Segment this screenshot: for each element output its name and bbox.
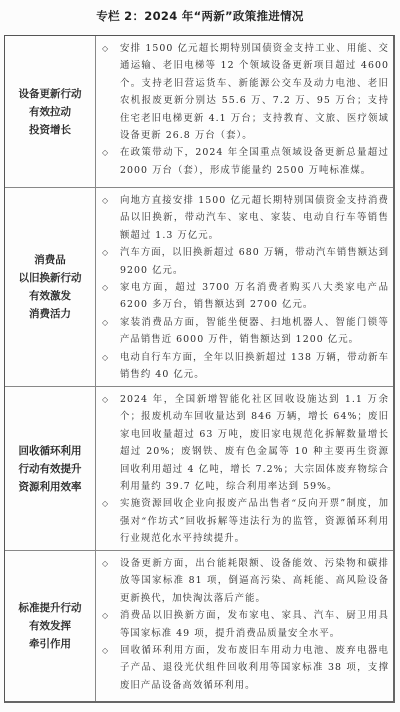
diamond-bullet-icon: ◇ xyxy=(100,495,120,547)
row-label-line: 投资增长 xyxy=(19,121,82,139)
row-label-line: 有效拉动 xyxy=(19,103,82,121)
diamond-bullet-icon: ◇ xyxy=(100,244,120,279)
item-text: 实施资源回收企业向报废产品出售者“反向开票”制度，加强对“作坊式”回收拆解等违法… xyxy=(120,495,389,547)
diamond-bullet-icon: ◇ xyxy=(100,555,120,607)
row-label-line: 消费活力 xyxy=(19,305,82,323)
row-label-line: 标准提升行动 xyxy=(19,599,82,617)
row-label: 标准提升行动 有效发挥 牵引作用 xyxy=(5,551,96,701)
list-item: ◇ 消费品以旧换新方面，发布家电、家具、汽车、厨卫用具等国家标准 49 项，提升… xyxy=(100,607,389,642)
item-text: 在政策带动下，2024 年全国重点领域设备更新总量超过 2000 万台（套），形… xyxy=(120,144,389,179)
table-row-standards: 标准提升行动 有效发挥 牵引作用 ◇ 设备更新方面，出台能耗限额、设备能效、污染… xyxy=(5,550,393,701)
diamond-bullet-icon: ◇ xyxy=(100,314,120,349)
table-row-recycling: 回收循环利用 行动有效提升 资源利用效率 ◇ 2024 年，全国新增智能化社区回… xyxy=(5,386,393,550)
diamond-bullet-icon: ◇ xyxy=(100,349,120,384)
row-label-line: 资源利用效率 xyxy=(19,478,82,496)
row-content: ◇ 设备更新方面，出台能耗限额、设备能效、污染物和碳排放等国家标准 81 项，倒… xyxy=(96,551,393,701)
row-label-line: 设备更新行动 xyxy=(19,85,82,103)
diamond-bullet-icon: ◇ xyxy=(100,144,120,179)
item-text: 家电方面，超过 3700 万名消费者购买八大类家电产品 6200 多万台，销售额… xyxy=(120,279,389,314)
list-item: ◇ 家装消费品方面，智能坐便器、扫地机器人、智能门锁等产品销售近 6000 万件… xyxy=(100,314,389,349)
diamond-bullet-icon: ◇ xyxy=(100,40,120,144)
diamond-bullet-icon: ◇ xyxy=(100,391,120,495)
row-label-line: 有效激发 xyxy=(19,287,82,305)
list-item: ◇ 2024 年，全国新增智能化社区回收设施达到 1.1 万余个；报废机动车回收… xyxy=(100,391,389,495)
list-item: ◇ 设备更新方面，出台能耗限额、设备能效、污染物和碳排放等国家标准 81 项，倒… xyxy=(100,555,389,607)
list-item: ◇ 汽车方面，以旧换新超过 680 万辆，带动汽车销售额达到 9200 亿元。 xyxy=(100,244,389,279)
item-text: 家装消费品方面，智能坐便器、扫地机器人、智能门锁等产品销售近 6000 万件，销… xyxy=(120,314,389,349)
row-label: 回收循环利用 行动有效提升 资源利用效率 xyxy=(5,387,96,550)
item-text: 设备更新方面，出台能耗限额、设备能效、污染物和碳排放等国家标准 81 项，倒逼高… xyxy=(120,555,389,607)
list-item: ◇ 在政策带动下，2024 年全国重点领域设备更新总量超过 2000 万台（套）… xyxy=(100,144,389,179)
row-label: 设备更新行动 有效拉动 投资增长 xyxy=(5,36,96,187)
item-text: 电动自行车方面，全年以旧换新超过 138 万辆，带动新车销售约 40 亿元。 xyxy=(120,349,389,384)
list-item: ◇ 安排 1500 亿元超长期特别国债资金支持工业、用能、交通运输、老旧电梯等 … xyxy=(100,40,389,144)
row-label-line: 消费品 xyxy=(19,251,82,269)
list-item: ◇ 电动自行车方面，全年以旧换新超过 138 万辆，带动新车销售约 40 亿元。 xyxy=(100,349,389,384)
item-text: 安排 1500 亿元超长期特别国债资金支持工业、用能、交通运输、老旧电梯等 12… xyxy=(120,40,389,144)
row-content: ◇ 2024 年，全国新增智能化社区回收设施达到 1.1 万余个；报废机动车回收… xyxy=(96,387,393,550)
box-title: 专栏 2：2024 年“两新”政策推进情况 xyxy=(0,8,400,24)
policy-table: 设备更新行动 有效拉动 投资增长 ◇ 安排 1500 亿元超长期特别国债资金支持… xyxy=(4,35,395,703)
diamond-bullet-icon: ◇ xyxy=(100,607,120,642)
diamond-bullet-icon: ◇ xyxy=(100,192,120,244)
row-label: 消费品 以旧换新行动 有效激发 消费活力 xyxy=(5,188,96,386)
item-text: 2024 年，全国新增智能化社区回收设施达到 1.1 万余个；报废机动车回收量达… xyxy=(120,391,389,495)
table-row-consumer-trade-in: 消费品 以旧换新行动 有效激发 消费活力 ◇ 向地方直接安排 1500 亿元超长… xyxy=(5,187,393,386)
item-text: 汽车方面，以旧换新超过 680 万辆，带动汽车销售额达到 9200 亿元。 xyxy=(120,244,389,279)
item-text: 消费品以旧换新方面，发布家电、家具、汽车、厨卫用具等国家标准 49 项，提升消费… xyxy=(120,607,389,642)
list-item: ◇ 回收循环利用方面，发布废旧车用动力电池、废弃电器电子产品、退役光伏组件回收利… xyxy=(100,642,389,694)
diamond-bullet-icon: ◇ xyxy=(100,279,120,314)
row-content: ◇ 安排 1500 亿元超长期特别国债资金支持工业、用能、交通运输、老旧电梯等 … xyxy=(96,36,393,187)
diamond-bullet-icon: ◇ xyxy=(100,642,120,694)
row-label-line: 牵引作用 xyxy=(19,635,82,653)
item-text: 向地方直接安排 1500 亿元超长期特别国债资金支持消费品以旧换新，带动汽车、家… xyxy=(120,192,389,244)
row-label-line: 有效发挥 xyxy=(19,617,82,635)
row-label-line: 以旧换新行动 xyxy=(19,269,82,287)
list-item: ◇ 家电方面，超过 3700 万名消费者购买八大类家电产品 6200 多万台，销… xyxy=(100,279,389,314)
row-label-line: 回收循环利用 xyxy=(19,442,82,460)
item-text: 回收循环利用方面，发布废旧车用动力电池、废弃电器电子产品、退役光伏组件回收利用等… xyxy=(120,642,389,694)
list-item: ◇ 向地方直接安排 1500 亿元超长期特别国债资金支持消费品以旧换新，带动汽车… xyxy=(100,192,389,244)
list-item: ◇ 实施资源回收企业向报废产品出售者“反向开票”制度，加强对“作坊式”回收拆解等… xyxy=(100,495,389,547)
row-label-line: 行动有效提升 xyxy=(19,460,82,478)
table-row-equipment-renewal: 设备更新行动 有效拉动 投资增长 ◇ 安排 1500 亿元超长期特别国债资金支持… xyxy=(5,36,393,187)
row-content: ◇ 向地方直接安排 1500 亿元超长期特别国债资金支持消费品以旧换新，带动汽车… xyxy=(96,188,393,386)
